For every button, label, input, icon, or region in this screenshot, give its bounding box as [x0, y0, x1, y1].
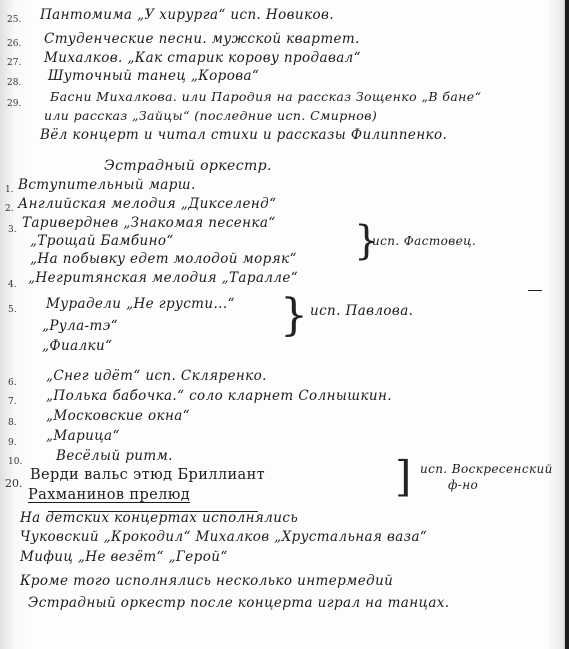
program-line: Студенческие песни. мужской квартет. — [44, 31, 360, 47]
note-line: Эстрадный оркестр после концерта играл н… — [28, 595, 450, 611]
item-number: 1. — [5, 185, 14, 195]
page-edge-shadow — [565, 0, 569, 649]
program-line: „Снег идёт“ исп. Скляренко. — [46, 368, 267, 384]
note-line: Чуковский „Крокодил“ Михалков „Хрустальн… — [20, 529, 427, 545]
program-line: Пантомима „У хирурга“ исп. Новиков. — [40, 7, 334, 23]
brace: } — [280, 290, 308, 341]
item-number: 27. — [7, 58, 21, 68]
item-number: 20. — [5, 477, 23, 490]
program-line: „Трощай Бамбино“ — [30, 233, 174, 249]
program-line: Вступительный марш. — [18, 177, 196, 193]
program-line: „Фиалки“ — [42, 338, 112, 354]
item-number: 10. — [8, 457, 22, 467]
program-line: „Негритянская мелодия „Таралле“ — [28, 270, 298, 286]
program-line: Английская мелодия „Дикселенд“ — [18, 196, 276, 212]
program-line: Вёл концерт и читал стихи и рассказы Фил… — [40, 127, 447, 143]
item-number: 2. — [5, 204, 14, 214]
program-line: „Московские окна“ — [46, 408, 190, 424]
performer-note: исп. Воскресенский — [420, 462, 553, 476]
note-line: Кроме того исполнялись несколько интерме… — [20, 573, 393, 589]
program-line: „Марица“ — [46, 428, 120, 444]
program-line: или рассказ „Зайцы“ (последние исп. Смир… — [44, 108, 377, 123]
program-line: Весёлый ритм. — [56, 448, 173, 464]
item-number: 6. — [8, 378, 17, 388]
item-number: 26. — [7, 39, 21, 49]
item-number: 8. — [8, 418, 17, 428]
program-line: Шуточный танец „Корова“ — [48, 68, 259, 84]
item-number: 25. — [7, 15, 21, 25]
item-number: 28. — [7, 78, 21, 88]
program-line: Рахманинов прелюд — [28, 487, 190, 503]
performer-note: исп. Фастовец. — [372, 234, 476, 248]
performer-note: ф-но — [448, 478, 478, 492]
section-heading: Эстрадный оркестр. — [104, 158, 272, 174]
item-number: 3. — [8, 225, 17, 235]
program-line: „Рула-тэ“ — [42, 318, 118, 334]
item-number: 5. — [8, 305, 17, 315]
item-number: 4. — [8, 280, 17, 290]
program-line: Басни Михалкова. или Пародия на рассказ … — [50, 89, 481, 104]
brace: ] — [395, 452, 411, 501]
program-line: „Полька бабочка.“ соло кларнет Солнышкин… — [46, 388, 392, 404]
item-number: 7. — [8, 397, 17, 407]
item-number: 9. — [8, 438, 17, 448]
program-line: „На побывку едет молодой моряк“ — [30, 251, 297, 267]
program-line: Мурадели „Не грусти...“ — [46, 296, 235, 312]
performer-note: исп. Павлова. — [310, 303, 413, 319]
program-line: Тариверднев „Знакомая песенка“ — [22, 215, 276, 231]
item-number: 29. — [7, 99, 21, 109]
stray-mark — [528, 290, 542, 291]
program-line: Михалков. „Как старик корову продавал“ — [44, 50, 361, 66]
note-line: На детских концертах исполнялись — [20, 510, 298, 526]
scanned-page: 25. Пантомима „У хирурга“ исп. Новиков. … — [0, 0, 569, 649]
note-line: Мифиц „Не везёт“ „Герой“ — [20, 549, 228, 565]
program-line: Верди вальс этюд Бриллиант — [30, 467, 265, 483]
